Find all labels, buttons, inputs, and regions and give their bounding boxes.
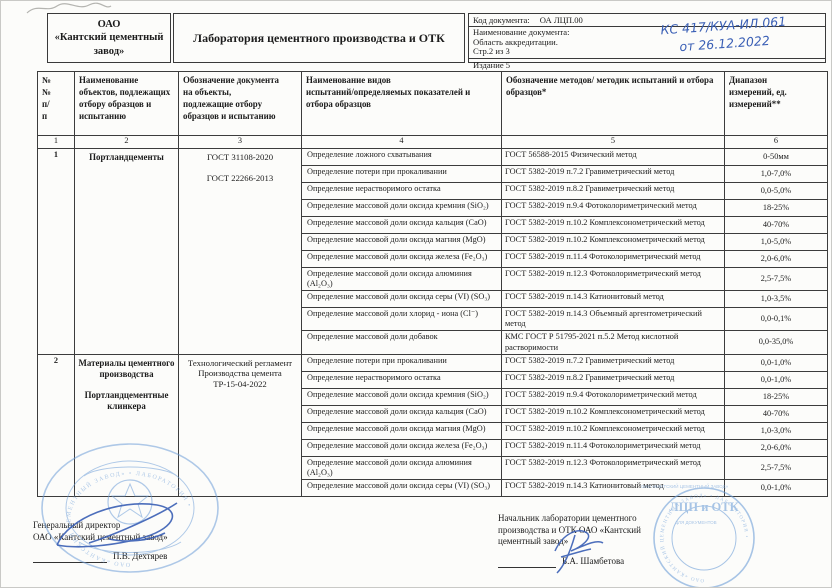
doc-code-row: Код документа:ОА ЛЦП.00 — [469, 14, 825, 27]
method-reference: ГОСТ 5382-2019 п.10.2 Комплексонометриче… — [502, 217, 725, 234]
test-name: Определение массовой доли оксида магния … — [302, 234, 502, 251]
object-document: Технологический регламент Производства ц… — [179, 354, 302, 496]
test-name: Определение массовой доли оксида кремния… — [302, 388, 502, 405]
doc-edition: Издание 5 — [469, 58, 825, 70]
signature-line — [498, 558, 556, 568]
test-name: Определение массовой доли хлорид - иона … — [302, 308, 502, 331]
test-name: Определение массовой доли оксида серы (V… — [302, 291, 502, 308]
document-page: ОАО «Кантский цементный завод» Лаборатор… — [0, 0, 832, 588]
column-header-1: № № п/ п — [38, 72, 75, 136]
test-name: Определение нерастворимого остатка — [302, 371, 502, 388]
test-name: Определение потери при прокаливании — [302, 354, 502, 371]
stamp-title-text: ЛЦП и ОТК — [669, 500, 738, 514]
test-name: Определение массовой доли оксида алюмини… — [302, 456, 502, 479]
method-reference: ГОСТ 5382-2019 п.8.2 Гравиметрический ме… — [502, 371, 725, 388]
method-reference: ГОСТ 56588-2015 Физический метод — [502, 149, 725, 166]
measurement-range: 2,5-7,5% — [725, 268, 828, 291]
lab-head-signature-row: Б.А. Шамбетова — [498, 556, 698, 568]
column-number-2: 2 — [75, 136, 179, 149]
signature-block-director: Генеральный директор ОАО «Кантский цемен… — [33, 520, 233, 563]
test-name: Определение массовой доли оксида кремния… — [302, 200, 502, 217]
test-name: Определение нерастворимого остатка — [302, 183, 502, 200]
method-reference: ГОСТ 5382-2019 п.11.4 Фотоколориметричес… — [502, 439, 725, 456]
table-header-row: № № п/ пНаименование объектов, подлежащи… — [38, 72, 828, 136]
measurement-range: 1,0-3,5% — [725, 291, 828, 308]
column-header-2: Наименование объектов, подлежащих отбору… — [75, 72, 179, 136]
measurement-range: 0-50мм — [725, 149, 828, 166]
table-row-section1: 1ПортландцементыГОСТ 31108-2020 ГОСТ 222… — [38, 149, 828, 166]
method-reference: ГОСТ 5382-2019 п.7.2 Гравиметрический ме… — [502, 354, 725, 371]
test-name: Определение массовой доли оксида кальция… — [302, 217, 502, 234]
signature-line — [33, 553, 107, 563]
method-reference: ГОСТ 5382-2019 п.10.2 Комплексонометриче… — [502, 405, 725, 422]
measurement-range: 18-25% — [725, 388, 828, 405]
column-header-6: Диапазон измерений, ед. измерений** — [725, 72, 828, 136]
measurement-range: 0,0-35,0% — [725, 331, 828, 354]
measurement-range: 40-70% — [725, 405, 828, 422]
measurement-range: 1,0-5,0% — [725, 234, 828, 251]
column-number-1: 1 — [38, 136, 75, 149]
lab-title: Лаборатория цементного производства и ОТ… — [173, 13, 465, 63]
accreditation-table: № № п/ пНаименование объектов, подлежащи… — [37, 71, 828, 497]
doc-code-value: ОА ЛЦП.00 — [530, 15, 583, 25]
table-row-section2: 2Материалы цементного производства Портл… — [38, 354, 828, 371]
measurement-range: 2,5-7,5% — [725, 456, 828, 479]
method-reference: ГОСТ 5382-2019 п.11.4 Фотоколориметричес… — [502, 251, 725, 268]
method-reference: ГОСТ 5382-2019 п.10.2 Комплексонометриче… — [502, 422, 725, 439]
measurement-range: 1,0-7,0% — [725, 166, 828, 183]
column-number-4: 4 — [302, 136, 502, 149]
object-name: Материалы цементного производства Портла… — [75, 354, 179, 496]
director-signature-row: П.В. Дехтярев — [33, 551, 233, 563]
method-reference: ГОСТ 5382-2019 п.14.3 Катионитовый метод — [502, 291, 725, 308]
method-reference: ГОСТ 5382-2019 п.9.4 Фотоколориметрическ… — [502, 200, 725, 217]
doc-meta-box: Код документа:ОА ЛЦП.00 Наименование док… — [468, 13, 826, 63]
measurement-range: 40-70% — [725, 217, 828, 234]
method-reference: ГОСТ 5382-2019 п.10.2 Комплексонометриче… — [502, 234, 725, 251]
method-reference: ГОСТ 5382-2019 п.14.3 Катионитовый метод — [502, 479, 725, 496]
director-name: П.В. Дехтярев — [113, 551, 167, 561]
section-number: 1 — [38, 149, 75, 355]
test-name: Определение массовой доли оксида железа … — [302, 439, 502, 456]
method-reference: ГОСТ 5382-2019 п.7.2 Гравиметрический ме… — [502, 166, 725, 183]
column-number-6: 6 — [725, 136, 828, 149]
column-number-row: 123456 — [38, 136, 828, 149]
column-header-5: Обозначение методов/ методик испытаний и… — [502, 72, 725, 136]
measurement-range: 0,0-0,1% — [725, 308, 828, 331]
test-name: Определение массовой доли добавок — [302, 331, 502, 354]
test-name: Определение массовой доли оксида магния … — [302, 422, 502, 439]
method-reference: ГОСТ 5382-2019 п.9.4 Фотоколориметрическ… — [502, 388, 725, 405]
test-name: Определение потери при прокаливании — [302, 166, 502, 183]
method-reference: ГОСТ 5382-2019 п.12.3 Фотоколориметричес… — [502, 268, 725, 291]
measurement-range: 18-25% — [725, 200, 828, 217]
test-name: Определение ложного схватывания — [302, 149, 502, 166]
doc-code-label: Код документа: — [473, 15, 530, 25]
method-reference: ГОСТ 5382-2019 п.8.2 Гравиметрический ме… — [502, 183, 725, 200]
measurement-range: 1,0-3,0% — [725, 422, 828, 439]
test-name: Определение массовой доли оксида серы (V… — [302, 479, 502, 496]
object-name: Портландцементы — [75, 149, 179, 355]
section-number: 2 — [38, 354, 75, 496]
measurement-range: 0,0-1,0% — [725, 479, 828, 496]
column-header-4: Наименование видов испытаний/определяемы… — [302, 72, 502, 136]
measurement-range: 0,0-1,0% — [725, 354, 828, 371]
column-number-3: 3 — [179, 136, 302, 149]
method-reference: ГОСТ 5382-2019 п.12.3 Фотоколориметричес… — [502, 456, 725, 479]
measurement-range: 0,0-1,0% — [725, 371, 828, 388]
test-name: Определение массовой доли оксида железа … — [302, 251, 502, 268]
measurement-range: 0,0-5,0% — [725, 183, 828, 200]
lab-head-name: Б.А. Шамбетова — [562, 556, 624, 566]
signature-block-lab-head: Начальник лаборатории цементного произво… — [498, 513, 698, 568]
column-number-5: 5 — [502, 136, 725, 149]
measurement-range: 2,0-6,0% — [725, 439, 828, 456]
test-name: Определение массовой доли оксида кальция… — [302, 405, 502, 422]
doc-name-lines: Наименование документа: Область аккредит… — [469, 27, 825, 58]
lab-head-role: Начальник лаборатории цементного произво… — [498, 513, 698, 548]
doc-header: ОАО «Кантский цементный завод» Лаборатор… — [47, 13, 826, 63]
column-header-3: Обозначение документа на объекты, подлеж… — [179, 72, 302, 136]
director-role: Генеральный директор ОАО «Кантский цемен… — [33, 520, 233, 543]
method-reference: ГОСТ 5382-2019 п.14.3 Объемный аргентоме… — [502, 308, 725, 331]
method-reference: КМС ГОСТ Р 51795-2021 п.5.2 Метод кислот… — [502, 331, 725, 354]
object-document: ГОСТ 31108-2020 ГОСТ 22266-2013 — [179, 149, 302, 355]
org-title: ОАО «Кантский цементный завод» — [47, 13, 171, 63]
measurement-range: 2,0-6,0% — [725, 251, 828, 268]
test-name: Определение массовой доли оксида алюмини… — [302, 268, 502, 291]
